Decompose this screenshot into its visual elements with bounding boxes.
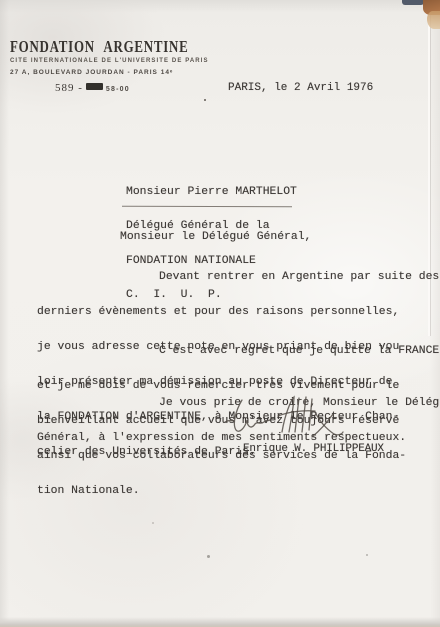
scan-speck — [366, 554, 368, 556]
org-address: 27 A, BOULEVARD JOURDAN - PARIS 14ᵉ — [10, 69, 173, 76]
scan-speck — [207, 555, 210, 558]
org-subtitle: CITE INTERNATIONALE DE L'UNIVERSITE DE P… — [10, 58, 209, 64]
scan-edge-top — [0, 0, 440, 13]
scan-speck — [152, 522, 154, 524]
handwritten-signature — [212, 392, 362, 447]
phone-prefix: 589 - — [55, 82, 83, 94]
body-line: C'est avec regret que je quitte la FRANC… — [37, 346, 439, 357]
phone-suffix: 58-00 — [106, 86, 130, 93]
scanned-letter-page: FONDATION ARGENTINE CITE INTERNATIONALE … — [0, 0, 440, 627]
body-line: derniers évènements et pour des raisons … — [37, 307, 439, 318]
dateline: PARIS, le 2 Avril 1976 — [228, 82, 373, 94]
scan-stain-orange-light — [427, 11, 440, 29]
scan-edge-left — [0, 0, 9, 627]
scan-edge-bottom — [0, 617, 440, 627]
recipient-name: Monsieur Pierre MARTHELOT — [126, 187, 297, 197]
salutation: Monsieur le Délégué Général, — [120, 231, 311, 243]
body-line: tion Nationale. — [37, 486, 439, 497]
org-name: FONDATION ARGENTINE — [10, 37, 189, 57]
phone-redaction — [86, 83, 103, 90]
scan-mark-navy — [402, 0, 424, 5]
phone-line: 589 -58-00 — [55, 78, 130, 96]
body-line: Devant rentrer en Argentine par suite de… — [37, 272, 439, 283]
scan-speck — [204, 99, 206, 101]
signature-name: Enrique W. PHILIPPEAUX — [243, 443, 384, 455]
